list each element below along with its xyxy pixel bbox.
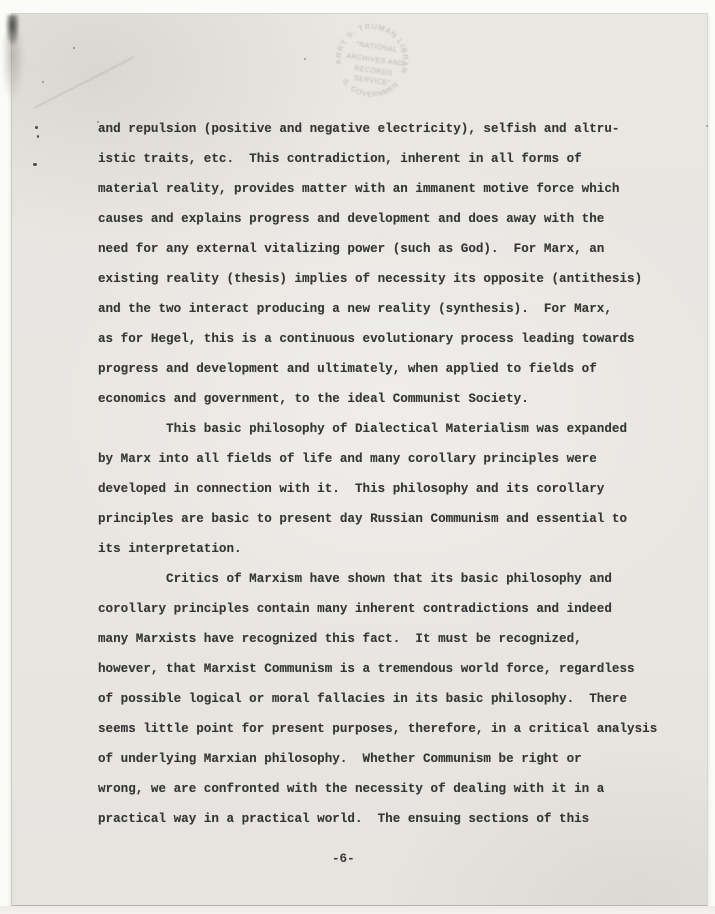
ink-speck [304,58,306,60]
scanned-document-page: HARRY S. TRUMAN LIBRARY U. S. GOVERNMENT… [0,0,715,914]
paper-sheet: HARRY S. TRUMAN LIBRARY U. S. GOVERNMENT… [11,13,708,907]
ink-speck [706,125,708,127]
page-number: -6- [332,844,355,874]
stamp-center-line-1: "NATIONAL [356,41,398,54]
ink-speck [73,47,75,49]
document-body-text: and repulsion (positive and negative ele… [98,114,678,834]
ink-speck [42,81,44,83]
corner-shadow-smudge [4,34,24,104]
stamp-arc-bottom-text: U. S. GOVERNMENT [312,0,412,103]
ink-speck [97,121,99,123]
ink-speck [33,163,37,166]
ink-speck [35,126,38,129]
scan-backing-strip [0,906,715,914]
stamp-center-line-4: SERVICE" [353,75,391,87]
diagonal-scratch-mark [34,57,134,109]
ink-speck [37,135,39,138]
truman-library-stamp: HARRY S. TRUMAN LIBRARY U. S. GOVERNMENT… [312,0,432,120]
